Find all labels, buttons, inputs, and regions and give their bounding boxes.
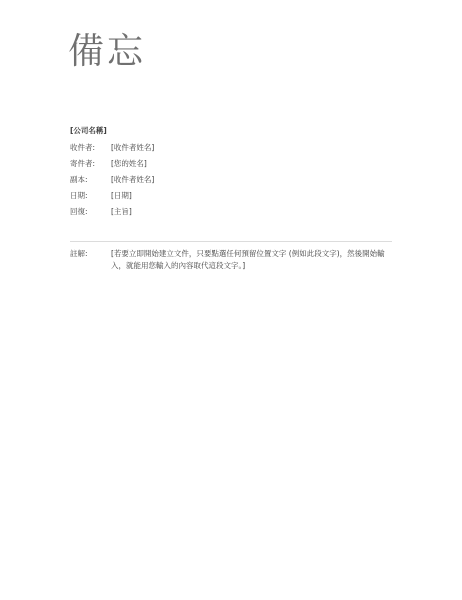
section-divider (70, 241, 392, 242)
field-value-cc[interactable]: [收件者姓名] (111, 175, 154, 185)
company-name-placeholder[interactable]: [公司名稱] (70, 125, 107, 136)
field-label-from: 寄件者: (70, 159, 111, 169)
memo-page: 備忘 [公司名稱] 收件者: [收件者姓名] 寄件者: [您的姓名] 副本: [… (0, 0, 462, 600)
field-value-from[interactable]: [您的姓名] (111, 159, 147, 169)
field-label-to: 收件者: (70, 143, 111, 153)
field-value-re[interactable]: [主旨] (111, 207, 132, 217)
field-row-re: 回復: [主旨] (70, 207, 132, 217)
field-label-date: 日期: (70, 191, 111, 201)
field-row-to: 收件者: [收件者姓名] (70, 143, 154, 153)
memo-title[interactable]: 備忘 (68, 30, 146, 74)
field-row-from: 寄件者: [您的姓名] (70, 159, 147, 169)
notes-body-placeholder[interactable]: [若要立即開始建立文件，只要點選任何預留位置文字 (例如此段文字)，然後開始輸入… (111, 248, 396, 271)
field-row-date: 日期: [日期] (70, 191, 132, 201)
notes-row: 註解: [若要立即開始建立文件，只要點選任何預留位置文字 (例如此段文字)，然後… (70, 248, 400, 271)
field-value-date[interactable]: [日期] (111, 191, 132, 201)
field-value-to[interactable]: [收件者姓名] (111, 143, 154, 153)
field-row-cc: 副本: [收件者姓名] (70, 175, 154, 185)
field-label-re: 回復: (70, 207, 111, 217)
field-label-cc: 副本: (70, 175, 111, 185)
notes-label: 註解: (70, 248, 111, 271)
